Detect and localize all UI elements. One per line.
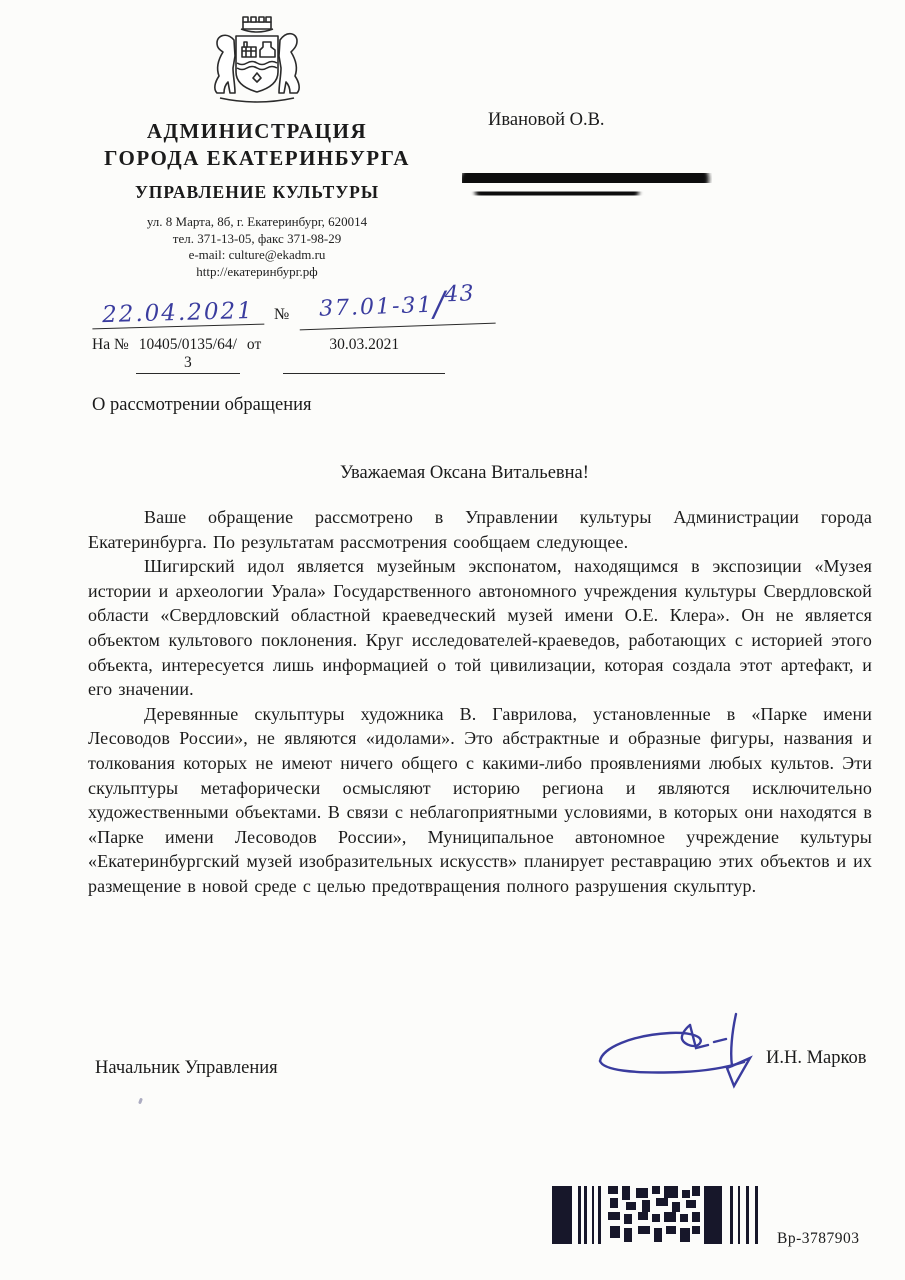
incoming-date-stack: 30.03.2021 — [283, 336, 445, 374]
outgoing-date-handwritten: 22.04.2021 — [92, 298, 265, 330]
signer-name: И.Н. Марков — [766, 1048, 867, 1069]
outgoing-ref-row: 22.04.2021 № 37.01-31/43 — [92, 286, 532, 327]
outgoing-number-handwritten: 37.01-31/43 — [299, 283, 496, 331]
org-phone-fax: тел. 371-13-05, факс 371-98-29 — [58, 231, 456, 248]
salutation: Уважаемая Оксана Витальевна! — [340, 463, 589, 484]
from-label: от — [247, 336, 261, 354]
paragraph-1: Ваше обращение рассмотрено в Управлении … — [88, 505, 872, 554]
letter-body: Ваше обращение рассмотрено в Управлении … — [88, 505, 872, 899]
incoming-number-line2: 3 — [136, 354, 240, 374]
org-name-line2: ГОРОДА ЕКАТЕРИНБУРГА — [58, 145, 456, 172]
scanned-letter-page: АДМИНИСТРАЦИЯ ГОРОДА ЕКАТЕРИНБУРГА УПРАВ… — [0, 0, 905, 1280]
crown-icon — [241, 17, 273, 32]
subject-line: О рассмотрении обращения — [92, 395, 312, 416]
department-name: УПРАВЛЕНИЕ КУЛЬТУРЫ — [58, 181, 456, 203]
signature-scribble-icon — [590, 1004, 775, 1099]
org-address: ул. 8 Марта, 8б, г. Екатеринбург, 620014 — [58, 214, 456, 231]
number-sign: № — [274, 306, 289, 327]
incoming-ref-row: На № 10405/0135/64/ 3 от 30.03.2021 — [92, 336, 532, 374]
org-contacts: ул. 8 Марта, 8б, г. Екатеринбург, 620014… — [58, 214, 456, 280]
blank-line — [283, 354, 445, 374]
yekaterinburg-coat-of-arms-icon — [198, 14, 316, 108]
outgoing-number-suffix: 43 — [444, 281, 475, 307]
recipient-name: Ивановой О.В. — [488, 110, 605, 131]
incoming-date: 30.03.2021 — [317, 336, 411, 354]
reply-prefix-label: На № — [92, 336, 129, 354]
org-name-line1: АДМИНИСТРАЦИЯ — [58, 118, 456, 145]
incoming-number-line1: 10405/0135/64/ — [135, 336, 241, 354]
letterhead: АДМИНИСТРАЦИЯ ГОРОДА ЕКАТЕРИНБУРГА УПРАВ… — [58, 14, 456, 280]
registration-barcode-icon — [552, 1186, 766, 1244]
org-website: http://екатеринбург.рф — [58, 264, 456, 281]
paragraph-3: Деревянные скульптуры художника В. Гаври… — [88, 702, 872, 899]
org-email: e-mail: culture@ekadm.ru — [58, 247, 456, 264]
incoming-number-stack: 10405/0135/64/ 3 — [135, 336, 241, 374]
outgoing-number-main: 37.01-31 — [319, 293, 434, 322]
barcode-number: Вр-3787903 — [777, 1230, 860, 1248]
signer-position: Начальник Управления — [95, 1058, 278, 1079]
redacted-address-marker — [462, 148, 712, 218]
stray-pen-mark — [138, 1098, 143, 1105]
paragraph-2: Шигирский идол является музейным экспона… — [88, 554, 872, 702]
reference-block: 22.04.2021 № 37.01-31/43 На № 10405/0135… — [92, 286, 532, 374]
